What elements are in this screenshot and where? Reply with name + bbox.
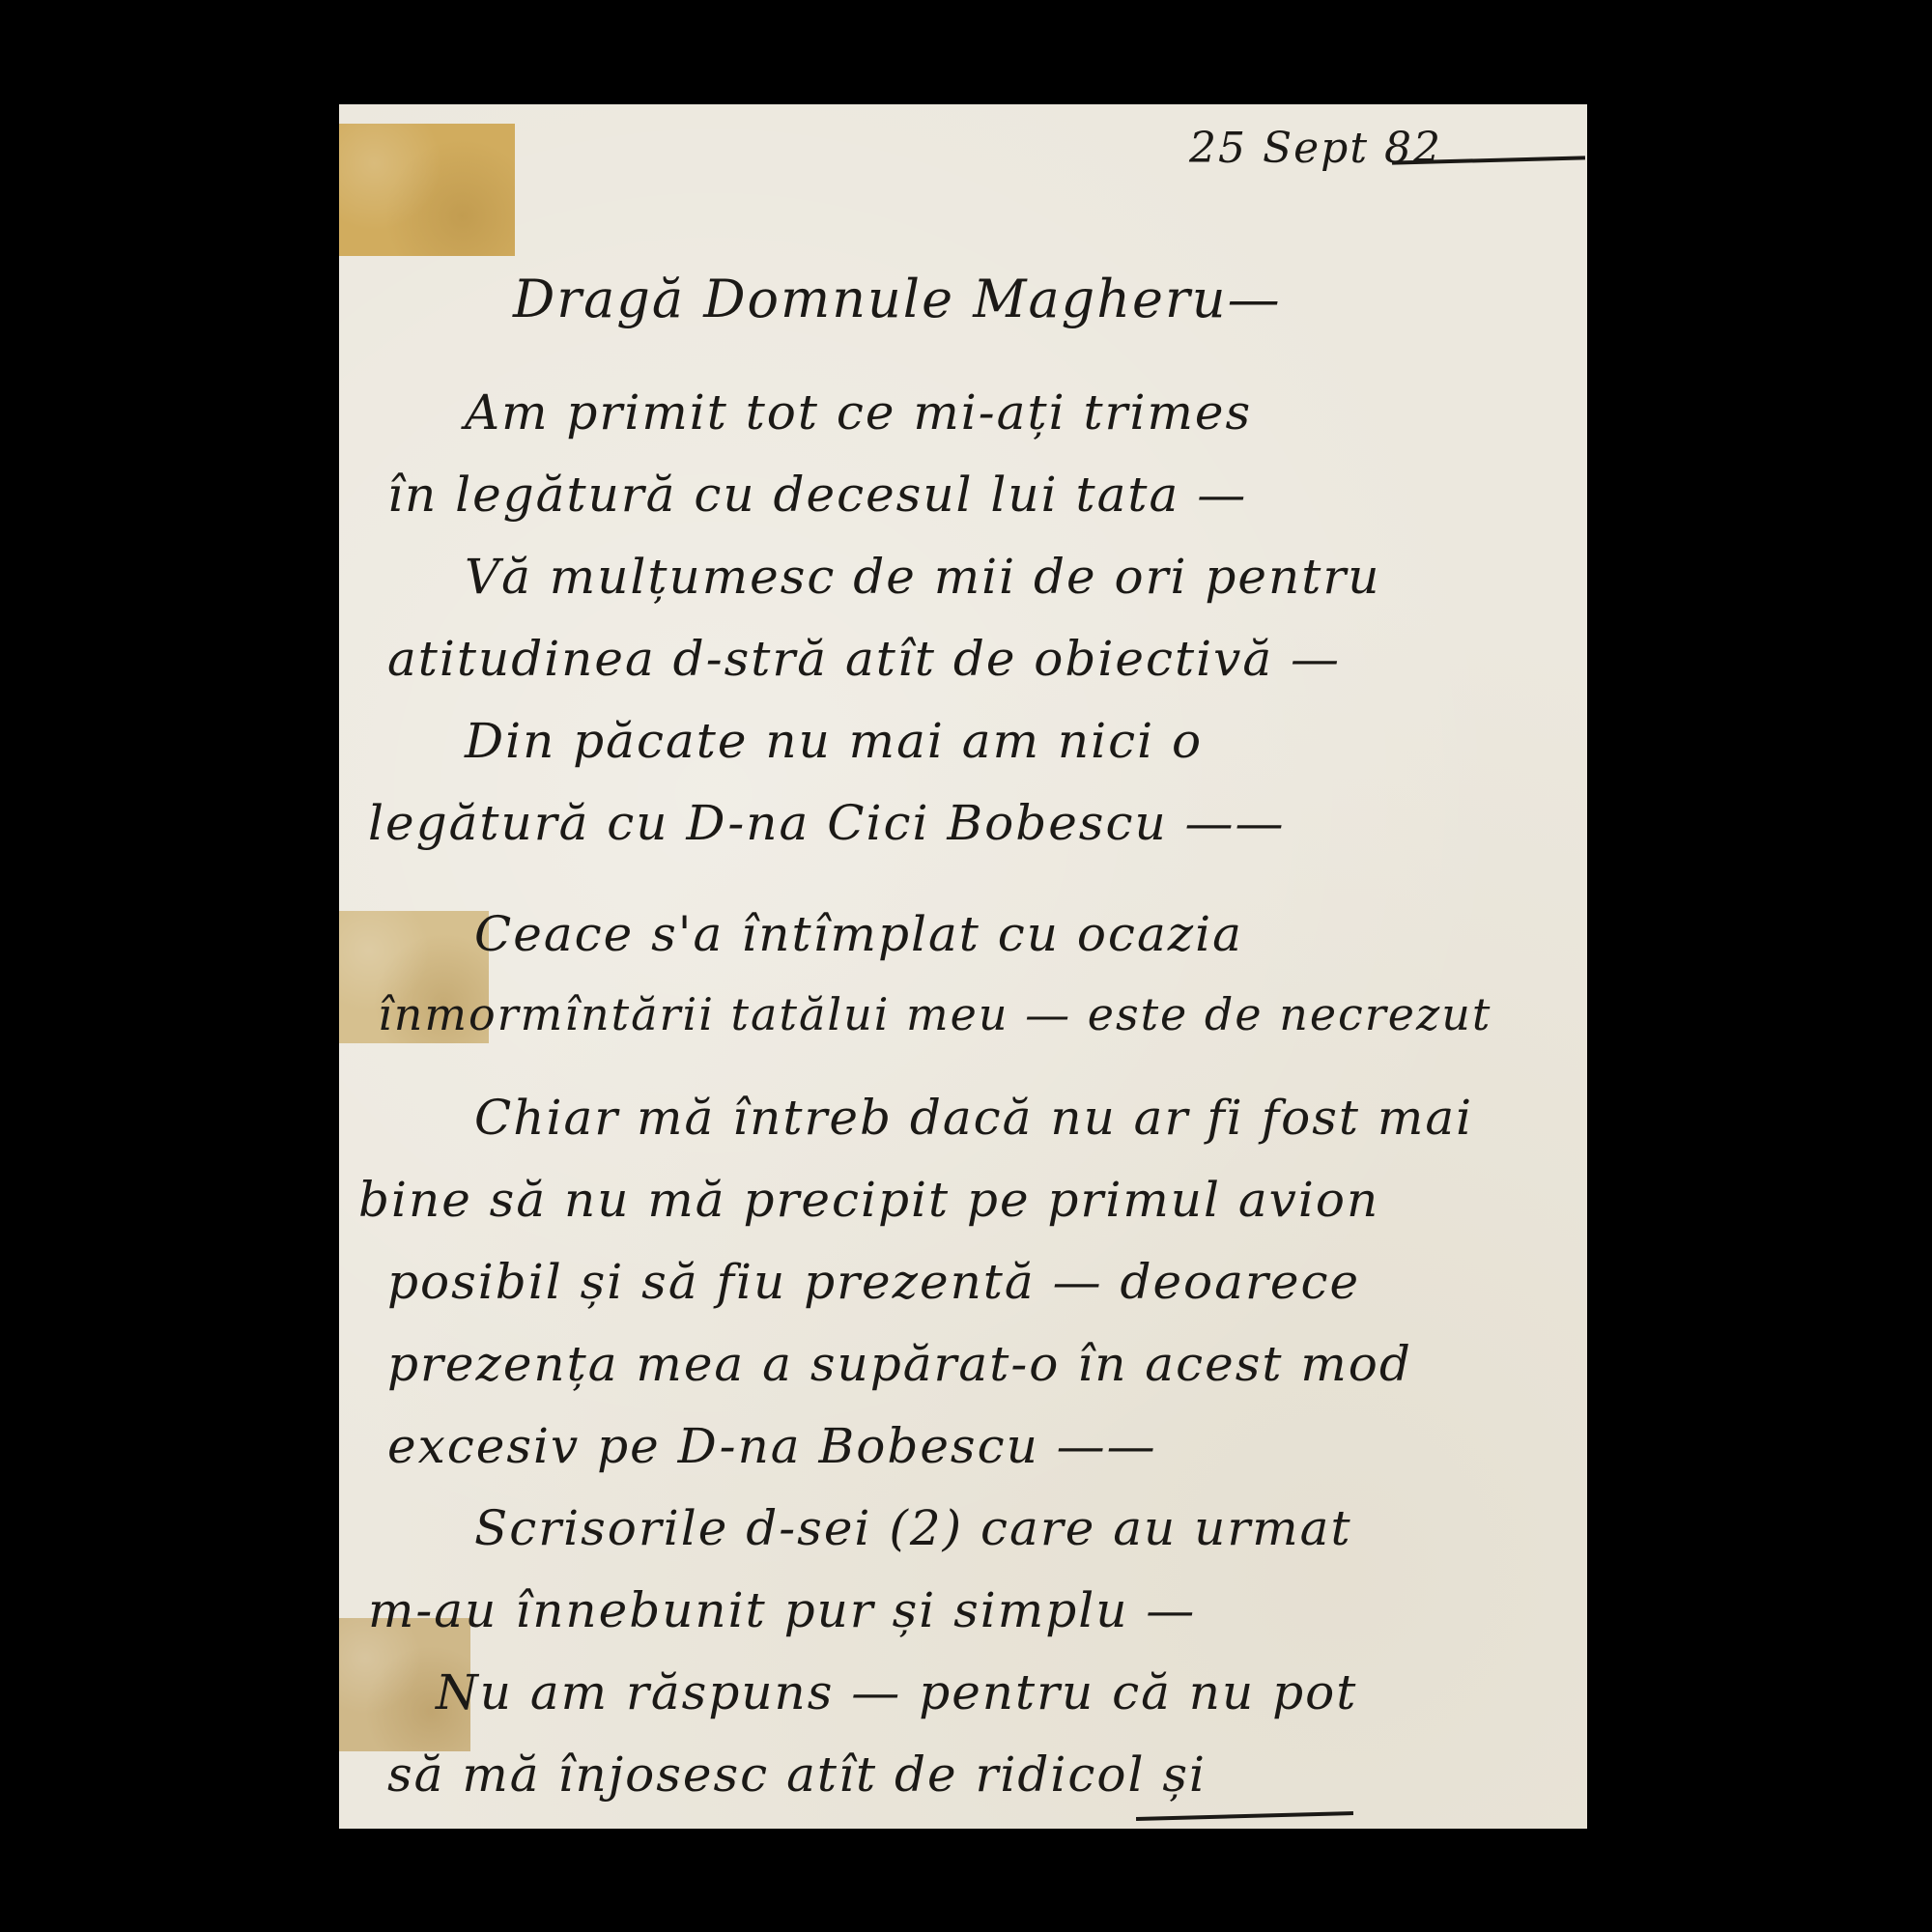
- letter-paper: 25 Sept 82 Dragă Domnule Magheru— Am pri…: [339, 104, 1587, 1829]
- letter-line-7: Ceace s'a întîmplat cu ocazia: [474, 906, 1243, 962]
- letter-line-1: Am primit tot ce mi-ați trimes: [465, 384, 1252, 440]
- adhesive-tape-top: [339, 124, 515, 256]
- letter-date: 25 Sept 82: [1189, 124, 1442, 173]
- letter-line-4: atitudinea d-stră atît de obiectivă —: [387, 631, 1341, 687]
- letter-line-12: prezența mea a supărat-o în acest mod: [387, 1336, 1412, 1392]
- letter-line-8: înmormîntării tatălui meu — este de necr…: [378, 988, 1492, 1040]
- letter-line-2: în legătură cu decesul lui tata —: [387, 467, 1247, 523]
- letter-line-14: Scrisorile d-sei (2) care au urmat: [474, 1500, 1352, 1556]
- letter-line-6: legătură cu D-na Cici Bobescu ——: [368, 795, 1286, 851]
- underline-ridicol: [1136, 1811, 1353, 1821]
- letter-line-9: Chiar mă întreb dacă nu ar fi fost mai: [474, 1090, 1473, 1146]
- letter-line-10: bine să nu mă precipit pe primul avion: [358, 1172, 1379, 1228]
- letter-line-16: Nu am răspuns — pentru că nu pot: [436, 1664, 1357, 1720]
- letter-line-5: Din păcate nu mai am nici o: [465, 713, 1203, 769]
- letter-line-11: posibil și să fiu prezentă — deoarece: [387, 1254, 1360, 1310]
- salutation: Dragă Domnule Magheru—: [513, 269, 1282, 329]
- letter-line-3: Vă mulțumesc de mii de ori pentru: [465, 549, 1380, 605]
- letter-line-17: să mă înjosesc atît de ridicol și: [387, 1747, 1207, 1803]
- letter-line-13: excesiv pe D-na Bobescu ——: [387, 1418, 1157, 1474]
- letter-line-15: m-au înnebunit pur și simplu —: [368, 1582, 1196, 1638]
